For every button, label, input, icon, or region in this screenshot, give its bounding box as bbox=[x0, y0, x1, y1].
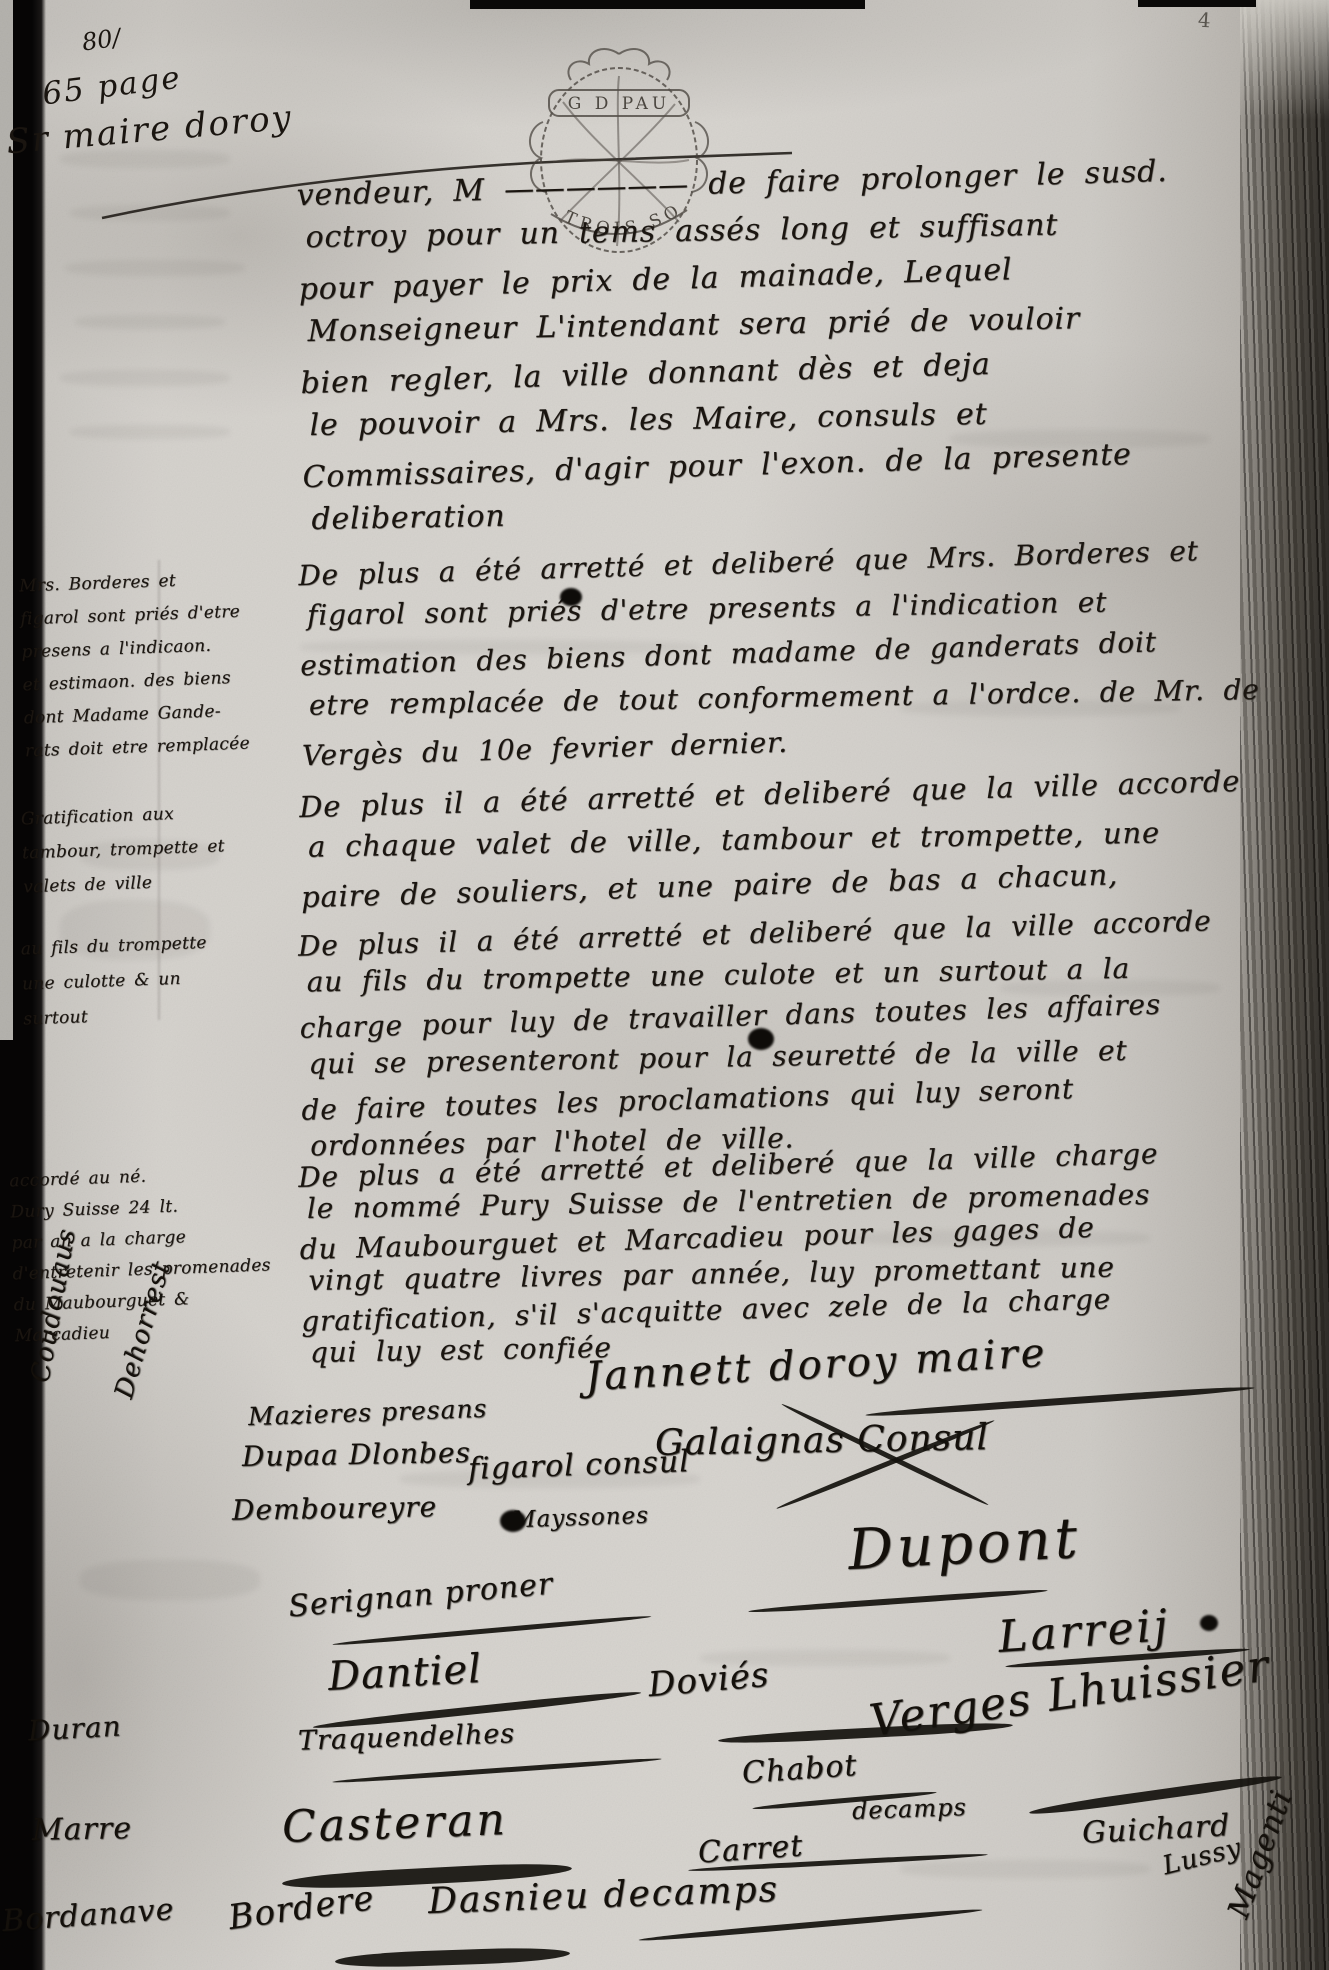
signature: Dupaa Dlonbes bbox=[242, 1436, 471, 1473]
ink-blot bbox=[500, 1510, 526, 1532]
signature: Dupont bbox=[846, 1506, 1082, 1583]
signature: Casteran bbox=[281, 1794, 508, 1853]
page-number: 80/ bbox=[80, 23, 122, 56]
ink-blot bbox=[748, 1028, 774, 1050]
signature: Duran bbox=[27, 1710, 122, 1748]
margin-note-borderes: Mrs. Borderes et figarol sont priés d'et… bbox=[19, 562, 276, 769]
stamp-top-text: G D PAU bbox=[568, 94, 671, 114]
corner-mark: 4 bbox=[1197, 8, 1211, 33]
body-paragraph-1: vendeur, M —————— de faire prolonger le … bbox=[296, 151, 1175, 545]
ink-blot bbox=[1200, 1615, 1218, 1631]
bleedthrough-smudge bbox=[70, 425, 230, 439]
signature: Marre bbox=[32, 1811, 133, 1848]
body-paragraph-2: De plus a été arretté et deliberé que Mr… bbox=[298, 530, 1253, 775]
signature: Dantiel bbox=[327, 1646, 483, 1700]
scan-edge-top bbox=[1138, 0, 1256, 7]
margin-note-gratification: Gratification aux tambour, trompette et … bbox=[20, 794, 273, 905]
bleedthrough-smudge bbox=[900, 1860, 1150, 1878]
page-curl-corner bbox=[1240, 0, 1329, 120]
scan-edge-top bbox=[470, 0, 865, 9]
signature: Mayssones bbox=[512, 1503, 650, 1534]
bleedthrough-smudge bbox=[75, 315, 225, 329]
bleedthrough-smudge bbox=[65, 260, 245, 276]
signature: Demboureyre bbox=[232, 1490, 438, 1527]
body-paragraph-3: De plus il a été arretté et deliberé que… bbox=[299, 762, 1243, 917]
bleedthrough-smudge bbox=[60, 370, 230, 386]
margin-note-trompette: au fils du trompette une culotte & un su… bbox=[20, 924, 274, 1038]
ink-blot bbox=[560, 588, 582, 606]
bleedthrough-smudge bbox=[80, 1560, 260, 1600]
manuscript-scan: 80/ 65 page Sr maire doroy 4 G D PAU bbox=[0, 0, 1329, 1970]
